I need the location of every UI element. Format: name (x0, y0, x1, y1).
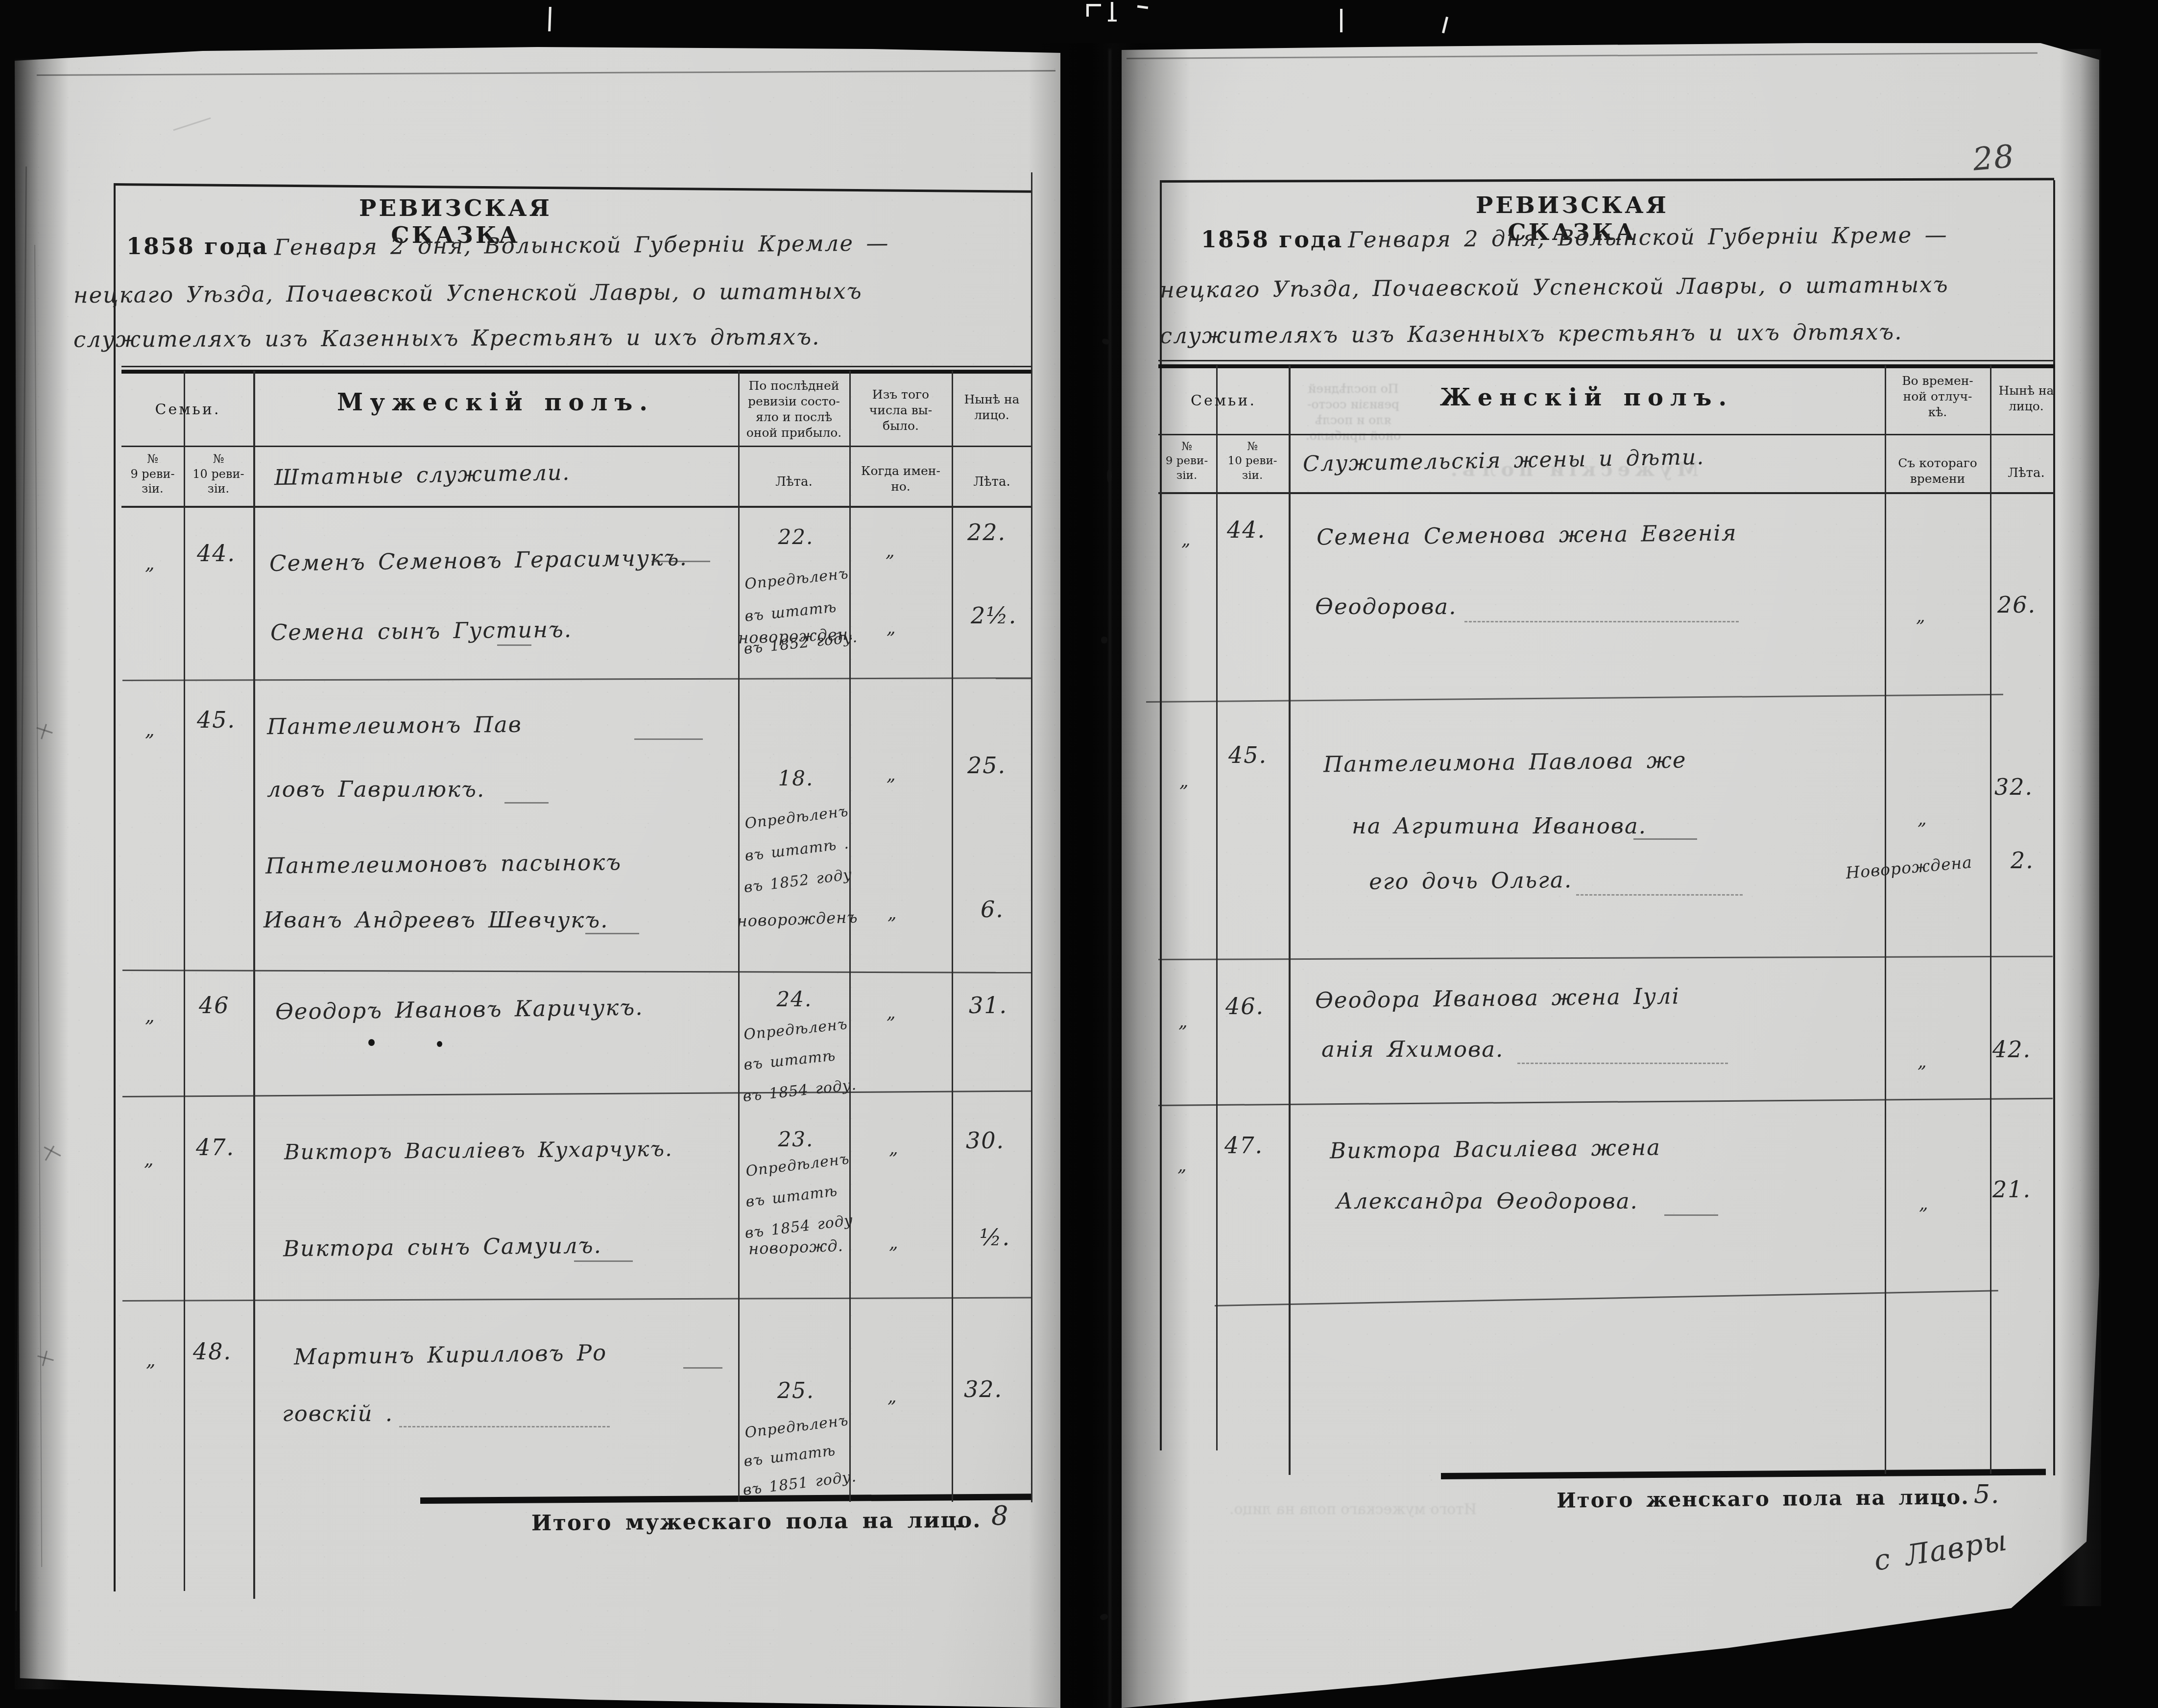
ditto-mark: „ (145, 719, 156, 740)
table-border (121, 366, 1032, 367)
table-border (1158, 364, 2055, 368)
scan-artifact (1340, 9, 1343, 32)
age-now: ½. (980, 1224, 1010, 1251)
header-when-exactly: Когда имен- но. (851, 463, 951, 495)
family-number: 46 (199, 992, 230, 1019)
table-border (121, 446, 1032, 447)
folio-number: 28 (1971, 138, 2016, 178)
ditto-mark: „ (889, 1139, 899, 1159)
scan-artifact (548, 7, 551, 31)
header-absence: Во времен- ной отлуч- кѣ. (1887, 373, 1989, 420)
ditto-mark: „ (887, 1387, 898, 1407)
table-border (1158, 360, 2055, 361)
binding-stitch (1101, 637, 1107, 643)
table-border (1158, 492, 2055, 494)
scan-artifact (1086, 4, 1089, 17)
fill-dash (504, 802, 549, 804)
header-rev9: № 9 реви- зіи. (1158, 440, 1215, 483)
ditto-mark: „ (887, 903, 898, 924)
ditto-mark: „ (145, 1005, 156, 1026)
ink-blot (368, 1039, 375, 1046)
right-total-value: 5. (1974, 1480, 2000, 1509)
ditto-mark: „ (887, 618, 897, 638)
right-intro-line2: нецкаго Уѣзда, Почаевской Успенской Лавр… (1160, 271, 1949, 303)
age-last-revision: 23. (754, 1127, 838, 1151)
left-intro-year: 1858 года (126, 233, 268, 260)
column-rule (1216, 365, 1218, 1450)
age-last-revision: 18. (754, 766, 838, 790)
header-since-when: Съ котораго времени (1887, 455, 1989, 487)
age-now: 32. (1994, 774, 2033, 800)
header-family: Семьи. (1158, 392, 1289, 410)
ditto-mark: „ (146, 1349, 157, 1371)
entry-name: говскій . (282, 1400, 393, 1426)
age-last-revision: 24. (750, 987, 839, 1011)
right-total-dash: – (1938, 1493, 1947, 1515)
binding-stitch (1107, 469, 1112, 483)
left-total-label: Итого мужескаго пола на лицо. (531, 1508, 982, 1536)
header-now-present: Нынѣ на лицо. (953, 392, 1031, 423)
page-edge-shadow (15, 59, 69, 1689)
entry-name: Семена сынъ Густинъ. (270, 617, 573, 645)
column-rule (849, 371, 851, 1502)
right-total-label: Итого женскаго пола на лицо. (1557, 1485, 1969, 1512)
fill-dash (651, 561, 710, 562)
age-now: 6. (981, 896, 1004, 923)
scanned-ledger-spread: 28 РЕВИЗСКАЯ СКАЗКА 1858 года Генваря 2 … (0, 0, 2158, 1708)
family-number: 44. (1227, 517, 1266, 543)
header-family: Семьи. (122, 401, 253, 419)
fill-dash (585, 933, 639, 934)
ditto-mark: „ (887, 1003, 897, 1023)
ditto-mark: „ (145, 552, 156, 574)
form-frame-left (114, 183, 116, 1591)
left-intro-line1: Генваря 2 дня, Волынской Губерніи Кремле… (274, 230, 889, 261)
header-now-present: Нынѣ на лицо. (1991, 383, 2061, 414)
page-edge-shadow (2060, 49, 2101, 1606)
age-now: 30. (966, 1127, 1005, 1154)
column-rule (952, 371, 953, 1502)
header-staff-servants: Штатные служители. (274, 460, 571, 491)
age-now: 22. (967, 519, 1006, 546)
right-intro-line1: Генваря 2 дня, Волынской Губерніи Креме … (1348, 222, 1948, 253)
bleed-through-text: Итого мужескаго пола на лицо. (1173, 1501, 1477, 1518)
column-rule (1885, 365, 1886, 1474)
fill-dash (1576, 894, 1743, 896)
header-male-sex: Мужескій полъ. (253, 388, 738, 418)
column-rule (1031, 172, 1032, 1502)
binding-crease (1109, 49, 1111, 1708)
age-now: 2. (2011, 847, 2034, 874)
fill-dash (683, 1367, 722, 1369)
table-border (121, 506, 1032, 508)
entry-name: Пантелеимона Павлова же (1323, 747, 1687, 777)
ditto-mark: „ (1918, 809, 1928, 829)
entry-name: Ѳеодорова. (1315, 593, 1457, 619)
family-number: 47. (196, 1134, 235, 1161)
header-years-a: Лѣта. (740, 474, 848, 490)
column-rule (738, 371, 740, 1502)
entry-name: Ѳеодоръ Ивановъ Каричукъ. (275, 994, 644, 1024)
ditto-mark: „ (1178, 1012, 1189, 1032)
age-now: 31. (969, 992, 1007, 1019)
fill-dash (574, 1260, 633, 1262)
fill-dash (497, 644, 531, 646)
ditto-mark: „ (1916, 606, 1926, 626)
header-rev10: № 10 реви- зіи. (1217, 440, 1288, 483)
entry-name: Виктора сынъ Самуилъ. (283, 1233, 602, 1262)
ditto-mark: „ (1179, 771, 1190, 791)
header-last-revision: По послѣдней ревизіи состо- яло и послѣ … (740, 378, 848, 441)
column-rule (253, 371, 255, 1599)
ink-blot (437, 1041, 442, 1047)
column-rule (1289, 365, 1291, 1475)
family-number: 47. (1224, 1132, 1263, 1159)
entry-name: Ѳеодора Иванова жена Іулі (1315, 983, 1680, 1013)
header-rev10: № 10 реви- зіи. (185, 451, 252, 497)
right-intro-year: 1858 года (1201, 226, 1343, 253)
left-total-dash: – (955, 1513, 965, 1536)
family-number: 45. (197, 707, 236, 733)
form-frame-right (2053, 180, 2055, 1475)
header-female-sex: Женскій полъ. (1289, 383, 1885, 413)
age-now: 21. (1992, 1176, 2031, 1203)
entry-name: Викторъ Василіевъ Кухарчукъ. (284, 1137, 673, 1165)
left-intro-line2: нецкаго Уѣзда, Почаевской Успенской Лавр… (73, 278, 863, 308)
ditto-mark: „ (886, 541, 896, 561)
entry-name: Иванъ Андреевъ Шевчукъ. (264, 907, 608, 933)
fill-dash (1664, 1214, 1718, 1216)
scan-artifact (1108, 20, 1117, 22)
age-last-revision: 22. (749, 525, 842, 549)
fill-dash (634, 738, 703, 740)
left-total-value: 8 (991, 1500, 1009, 1531)
column-rule (1990, 365, 1991, 1474)
entry-name: анія Яхимова. (1321, 1036, 1504, 1062)
ditto-mark: „ (1177, 1156, 1188, 1176)
form-frame-left (1160, 180, 1162, 1450)
family-number: 44. (197, 540, 236, 567)
header-rev9: № 9 реви- зіи. (122, 451, 183, 497)
age-now: 32. (964, 1376, 1003, 1402)
ditto-mark: „ (889, 1233, 899, 1253)
age-last-revision: 25. (757, 1378, 835, 1403)
fill-dash (1517, 1063, 1728, 1064)
entry-name: на Агритина Иванова. (1352, 813, 1647, 839)
family-number: 45. (1228, 742, 1267, 768)
entry-name: Семена Семенова жена Евгенія (1317, 520, 1737, 550)
family-number: 48. (193, 1338, 232, 1365)
fill-dash (1633, 838, 1697, 840)
scan-artifact (1442, 17, 1448, 33)
left-intro-line3: служителяхъ изъ Казенныхъ Крестьянъ и их… (73, 324, 820, 352)
right-intro-line3: служителяхъ изъ Казенныхъ крестьянъ и их… (1160, 319, 1903, 349)
ditto-mark: „ (1919, 1194, 1929, 1214)
age-now: 42. (1992, 1036, 2031, 1063)
age-now: 26. (1997, 592, 2036, 618)
ditto-mark: „ (887, 765, 897, 785)
fill-dash (399, 1426, 610, 1427)
fill-dash (1464, 621, 1739, 622)
entry-name: Пантелеимоновъ пасынокъ (265, 849, 622, 879)
scan-artifact (1111, 2, 1113, 22)
entry-name: его дочь Ольга. (1369, 867, 1573, 895)
column-rule (184, 371, 185, 1591)
age-now: 2½. (971, 602, 1017, 629)
ditto-mark: „ (1181, 530, 1192, 550)
age-now: 25. (967, 752, 1006, 779)
header-departed: Изъ того числа вы- было. (851, 387, 951, 434)
table-border (1158, 434, 2055, 435)
header-years: Лѣта. (1991, 465, 2061, 481)
entry-name: Пантелеимонъ Пав (267, 712, 522, 740)
family-number: 46. (1225, 993, 1264, 1020)
entry-name: ловъ Гаврилюкъ. (267, 776, 485, 802)
table-border (121, 370, 1032, 374)
ditto-mark: „ (1918, 1052, 1928, 1072)
entry-name: Мартинъ Кирилловъ Ро (294, 1340, 607, 1370)
header-years-b: Лѣта. (953, 474, 1031, 490)
entry-name: Виктора Василіева жена (1330, 1134, 1661, 1163)
ditto-mark: „ (144, 1148, 155, 1170)
scan-artifact (1137, 5, 1148, 9)
entry-name: Александра Ѳеодорова. (1336, 1188, 1638, 1214)
